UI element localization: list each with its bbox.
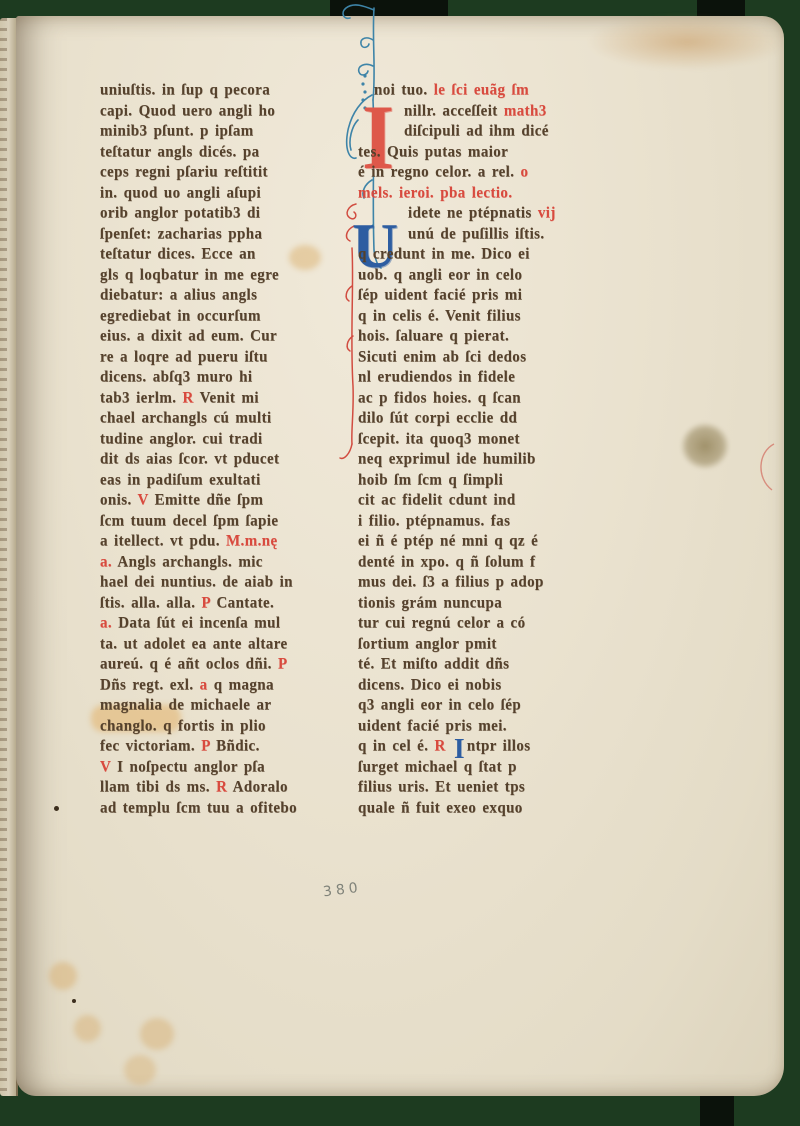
rubric-segment: R <box>216 779 233 796</box>
text-line: q in celis é. Venit filius <box>358 306 626 327</box>
text-segment: cit ac fidelit cdunt ind <box>358 492 516 509</box>
text-line: uniuſtis. in ſup q pecora <box>100 80 352 101</box>
text-segment: changlo. q fortis in plio <box>100 718 266 735</box>
text-segment: q magna <box>214 677 274 694</box>
ink-speck <box>54 806 59 811</box>
text-line: orib anglor potatib3 di <box>100 203 352 224</box>
text-line: tudine anglor. cui tradi <box>100 429 352 450</box>
text-segment: q in celis é. Venit filius <box>358 308 521 325</box>
text-line: dicens. abſq3 muro hi <box>100 367 352 388</box>
text-line: q in cel é. R Intpr illos <box>358 736 626 757</box>
text-line: é in regno celor. a rel. o <box>358 162 626 183</box>
text-line: diebatur: a alius angls <box>100 285 352 306</box>
text-line: ceps regni pſariu reſtitit <box>100 162 352 183</box>
text-segment: i filio. ptépnamus. fas <box>358 513 510 530</box>
text-segment: I noſpectu anglor pſa <box>117 759 265 776</box>
text-segment: tionis grám nuncupa <box>358 595 502 612</box>
text-segment: denté in xpo. q ñ ſolum f <box>358 554 535 571</box>
text-line: llam tibi ds ms. R Adoralo <box>100 777 352 798</box>
text-line: filius uris. Et ueniet tps <box>358 777 626 798</box>
text-segment: dicens. abſq3 muro hi <box>100 369 253 386</box>
text-segment: in. quod uo angli aſupi <box>100 185 261 202</box>
rubric-segment: V <box>137 492 154 509</box>
text-segment: hoib ſm ſcm q ſimpli <box>358 472 503 489</box>
text-line: changlo. q fortis in plio <box>100 716 352 737</box>
text-line: mus dei. ſ3 a filius p adop <box>358 572 626 593</box>
stain <box>49 962 77 990</box>
text-line: nl erudiendos in fidele <box>358 367 626 388</box>
text-segment: Dñs regt. exl. <box>100 677 200 694</box>
text-segment: q credunt in me. Dico ei <box>358 246 530 263</box>
text-line: tab3 ierlm. R Venit mi <box>100 388 352 409</box>
text-segment: neq exprimul ide humilib <box>358 451 536 468</box>
text-segment: re a loqre ad pueru iſtu <box>100 349 268 366</box>
stain <box>74 1015 101 1042</box>
text-segment: aureú. q é añt oclos dñi. <box>100 656 278 673</box>
text-segment: hael dei nuntius. de aiab in <box>100 574 293 591</box>
rubric-segment: R <box>183 390 200 407</box>
text-line: uob. q angli eor in celo <box>358 265 626 286</box>
rubric-segment: math3 <box>504 103 547 120</box>
text-segment: hois. ſaluare q pierat. <box>358 328 509 345</box>
text-segment: ſcm tuum decel ſpm ſapie <box>100 513 278 530</box>
text-segment: magnalia de michaele ar <box>100 697 271 714</box>
text-line: teſtatur dices. Ecce an <box>100 244 352 265</box>
text-line: eius. a dixit ad eum. Cur <box>100 326 352 347</box>
text-line: neq exprimul ide humilib <box>358 449 626 470</box>
text-line: ſép uident facié pris mi <box>358 285 626 306</box>
text-line: i filio. ptépnamus. fas <box>358 511 626 532</box>
text-segment: Data ſút ei incenſa mul <box>118 615 280 632</box>
text-segment: mus dei. ſ3 a filius p adop <box>358 574 544 591</box>
rubric-segment: a. <box>100 554 117 571</box>
text-segment: ta. ut adolet ea ante altare <box>100 636 288 653</box>
text-segment: teſtatur dices. Ecce an <box>100 246 256 263</box>
text-segment: ac p fidos hoies. q ſcan <box>358 390 521 407</box>
text-line: teſtatur angls dicés. pa <box>100 142 352 163</box>
text-line: fec victoriam. P Bñdic. <box>100 736 352 757</box>
text-segment: dicens. Dico ei nobis <box>358 677 502 694</box>
text-line: onis. V Emitte dñe ſpm <box>100 490 352 511</box>
text-segment: ſcepit. ita quoq3 monet <box>358 431 520 448</box>
text-segment: ntpr illos <box>467 738 531 755</box>
text-segment: onis. <box>100 492 137 509</box>
text-segment: Sicuti enim ab ſci dedos <box>358 349 526 366</box>
text-segment: noi tuo. <box>374 82 434 99</box>
text-line: q credunt in me. Dico ei <box>358 244 626 265</box>
text-line: ad templu ſcm tuu a ofitebo <box>100 798 352 819</box>
text-segment: ſtis. alla. alla. <box>100 595 202 612</box>
text-line: dit ds aias ſcor. vt pducet <box>100 449 352 470</box>
text-line: minib3 pſunt. p ipſam <box>100 121 352 142</box>
text-line: tes. Quis putas maior <box>358 142 626 163</box>
text-line: ſtis. alla. alla. P Cantate. <box>100 593 352 614</box>
text-line: hoib ſm ſcm q ſimpli <box>358 470 626 491</box>
text-line: ſpenſet: zacharias ppha <box>100 224 352 245</box>
text-line: idete ne ptépnatis vij <box>358 203 626 224</box>
text-segment: orib anglor potatib3 di <box>100 205 260 222</box>
text-segment: llam tibi ds ms. <box>100 779 216 796</box>
text-line: noi tuo. le ſci euãg ſm <box>358 80 626 101</box>
text-segment: ſpenſet: zacharias ppha <box>100 226 262 243</box>
text-segment: teſtatur angls dicés. pa <box>100 144 260 161</box>
text-segment: nillr. acceſſeit <box>404 103 504 120</box>
text-line: a. Data ſút ei incenſa mul <box>100 613 352 634</box>
text-segment: é in regno celor. a rel. <box>358 164 521 181</box>
text-line: ſurget michael q ſtat p <box>358 757 626 778</box>
text-segment: dit ds aias ſcor. vt pducet <box>100 451 279 468</box>
rubric-segment: a <box>200 677 214 694</box>
text-segment: Emitte dñe ſpm <box>155 492 264 509</box>
text-segment: ſép uident facié pris mi <box>358 287 522 304</box>
text-segment: ſortium anglor pmit <box>358 636 497 653</box>
text-line: ac p fidos hoies. q ſcan <box>358 388 626 409</box>
text-line: unú de puſillis iſtis. <box>358 224 626 245</box>
text-line: eas in padiſum exultati <box>100 470 352 491</box>
text-segment: Angls archangls. mic <box>117 554 262 571</box>
rubric-segment: R <box>435 738 452 755</box>
text-line: a. Angls archangls. mic <box>100 552 352 573</box>
rubric-segment: le ſci euãg ſm <box>434 82 529 99</box>
text-line: uident facié pris mei. <box>358 716 626 737</box>
text-segment: fec victoriam. <box>100 738 201 755</box>
rubric-segment: o <box>521 164 529 181</box>
text-line: gls q loqbatur in me egre <box>100 265 352 286</box>
text-segment: minib3 pſunt. p ipſam <box>100 123 254 140</box>
text-segment: chael archangls cú multi <box>100 410 272 427</box>
text-segment: uident facié pris mei. <box>358 718 507 735</box>
text-column-left: uniuſtis. in ſup q pecoracapi. Quod uero… <box>100 80 352 818</box>
rubric-segment: P <box>278 656 288 673</box>
text-segment: diſcipuli ad ihm dicé <box>404 123 549 140</box>
text-segment: uob. q angli eor in celo <box>358 267 522 284</box>
text-segment: eas in padiſum exultati <box>100 472 261 489</box>
text-segment: Bñdic. <box>216 738 260 755</box>
text-line: dicens. Dico ei nobis <box>358 675 626 696</box>
text-line: denté in xpo. q ñ ſolum f <box>358 552 626 573</box>
rubric-segment: P <box>202 595 217 612</box>
text-segment: q in cel é. <box>358 738 435 755</box>
text-segment: quale ñ fuit exeo exquo <box>358 800 523 817</box>
text-line: ta. ut adolet ea ante altare <box>100 634 352 655</box>
text-line: tur cui regnú celor a có <box>358 613 626 634</box>
stain <box>140 1018 174 1050</box>
rubric-segment: P <box>201 738 216 755</box>
text-segment: dilo ſút corpi ecclie dd <box>358 410 517 427</box>
text-segment: a itellect. vt pdu. <box>100 533 226 550</box>
text-line: V I noſpectu anglor pſa <box>100 757 352 778</box>
text-line: q3 angli eor in celo ſép <box>358 695 626 716</box>
text-segment: eius. a dixit ad eum. Cur <box>100 328 277 345</box>
text-line: magnalia de michaele ar <box>100 695 352 716</box>
text-line: ei ñ é ptép né mni q qz é <box>358 531 626 552</box>
text-line: capi. Quod uero angli ho <box>100 101 352 122</box>
text-segment: ad templu ſcm tuu a ofitebo <box>100 800 297 817</box>
text-segment: capi. Quod uero angli ho <box>100 103 275 120</box>
text-line: hael dei nuntius. de aiab in <box>100 572 352 593</box>
text-line: egrediebat in occurſum <box>100 306 352 327</box>
text-segment: q3 angli eor in celo ſép <box>358 697 521 714</box>
text-segment: idete ne ptépnatis <box>408 205 538 222</box>
stain <box>680 422 730 470</box>
text-segment: ei ñ é ptép né mni q qz é <box>358 533 538 550</box>
text-segment: té. Et miſto addit dñs <box>358 656 509 673</box>
text-segment: uniuſtis. in ſup q pecora <box>100 82 270 99</box>
text-line: Sicuti enim ab ſci dedos <box>358 347 626 368</box>
text-segment: Cantate. <box>216 595 274 612</box>
rubric-segment: mels. ieroi. pba lectio. <box>358 185 512 202</box>
text-line: Dñs regt. exl. a q magna <box>100 675 352 696</box>
text-segment: unú de puſillis iſtis. <box>408 226 545 243</box>
text-line: ſcm tuum decel ſpm ſapie <box>100 511 352 532</box>
rubric-segment: M.m.nę <box>226 533 278 550</box>
text-segment: Venit mi <box>200 390 259 407</box>
text-segment: diebatur: a alius angls <box>100 287 257 304</box>
text-line: aureú. q é añt oclos dñi. P <box>100 654 352 675</box>
text-line: hois. ſaluare q pierat. <box>358 326 626 347</box>
text-segment: ſurget michael q ſtat p <box>358 759 517 776</box>
text-line: nillr. acceſſeit math3 <box>358 101 626 122</box>
text-segment: tes. Quis putas maior <box>358 144 508 161</box>
margin-mark <box>748 438 778 498</box>
text-line: chael archangls cú multi <box>100 408 352 429</box>
text-segment: tudine anglor. cui tradi <box>100 431 263 448</box>
text-line: in. quod uo angli aſupi <box>100 183 352 204</box>
text-line: a itellect. vt pdu. M.m.nę <box>100 531 352 552</box>
text-segment: egrediebat in occurſum <box>100 308 261 325</box>
text-line: diſcipuli ad ihm dicé <box>358 121 626 142</box>
text-segment: tur cui regnú celor a có <box>358 615 526 632</box>
text-line: dilo ſút corpi ecclie dd <box>358 408 626 429</box>
text-line: quale ñ fuit exeo exquo <box>358 798 626 819</box>
text-segment: Adoralo <box>233 779 288 796</box>
text-segment: nl erudiendos in fidele <box>358 369 515 386</box>
text-line: té. Et miſto addit dñs <box>358 654 626 675</box>
text-line: tionis grám nuncupa <box>358 593 626 614</box>
text-line: mels. ieroi. pba lectio. <box>358 183 626 204</box>
text-line: re a loqre ad pueru iſtu <box>100 347 352 368</box>
text-line: ſcepit. ita quoq3 monet <box>358 429 626 450</box>
text-column-right: noi tuo. le ſci euãg ſmnillr. acceſſeit … <box>358 80 626 818</box>
text-segment: gls q loqbatur in me egre <box>100 267 279 284</box>
text-line: ſortium anglor pmit <box>358 634 626 655</box>
rubric-segment: a. <box>100 615 118 632</box>
text-segment: ceps regni pſariu reſtitit <box>100 164 268 181</box>
stain <box>124 1055 156 1085</box>
manuscript-scan: I U uniuſtis. in ſup q pecoracapi. Quod … <box>0 0 800 1126</box>
rubric-segment: V <box>100 759 117 776</box>
text-segment: tab3 ierlm. <box>100 390 183 407</box>
ink-speck <box>72 999 76 1003</box>
text-segment: filius uris. Et ueniet tps <box>358 779 525 796</box>
rubric-segment: vij <box>538 205 556 222</box>
stain <box>588 14 786 70</box>
text-line: cit ac fidelit cdunt ind <box>358 490 626 511</box>
